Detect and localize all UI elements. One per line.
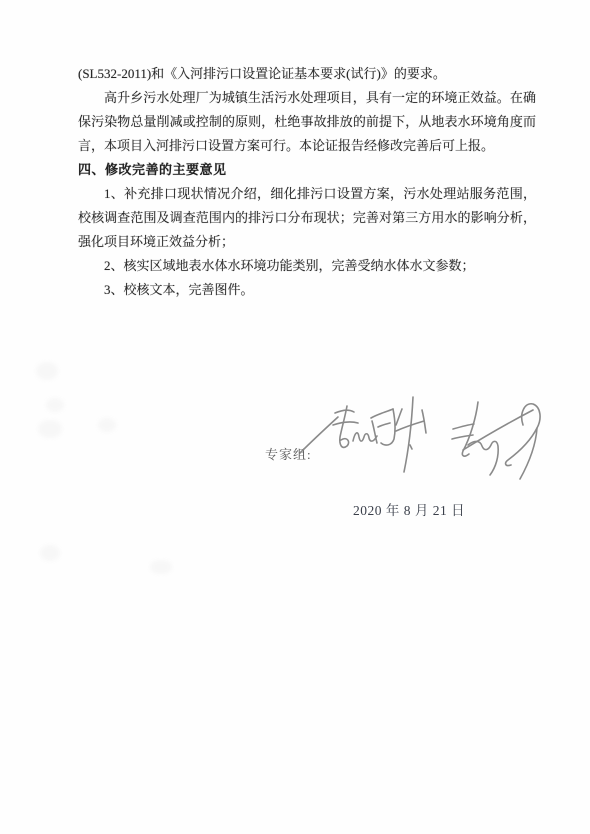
expert-signature-3 [452, 402, 540, 479]
scan-smudge [38, 420, 62, 438]
opinion-item-1: 1、补充排口现状情况介绍，细化排污口设置方案，污水处理站服务范围，校核调查范围及… [78, 182, 536, 254]
opinion-item-3: 3、校核文本，完善图件。 [78, 278, 536, 302]
opinion-item-2: 2、核实区域地表水体水环境功能类别，完善受纳水体水文参数； [78, 254, 536, 278]
scan-smudge [46, 398, 64, 412]
expert-signatures [250, 383, 560, 489]
document-date: 2020 年 8 月 21 日 [353, 499, 465, 519]
continuation-line: (SL532-2011)和《入河排污口设置论证基本要求(试行)》的要求。 [78, 62, 536, 86]
scan-smudge [40, 545, 60, 561]
scan-smudge [150, 560, 172, 574]
conclusion-paragraph: 高升乡污水处理厂为城镇生活污水处理项目，具有一定的环境正效益。在确保污染物总量削… [78, 86, 536, 158]
expert-signature-1 [300, 406, 377, 453]
scan-smudge [36, 362, 58, 380]
section-heading: 四、修改完善的主要意见 [78, 158, 536, 182]
document-body: (SL532-2011)和《入河排污口设置论证基本要求(试行)》的要求。 高升乡… [78, 62, 536, 302]
expert-signature-2 [371, 397, 426, 472]
scan-smudge [98, 418, 116, 432]
document-page: (SL532-2011)和《入河排污口设置论证基本要求(试行)》的要求。 高升乡… [0, 0, 590, 834]
